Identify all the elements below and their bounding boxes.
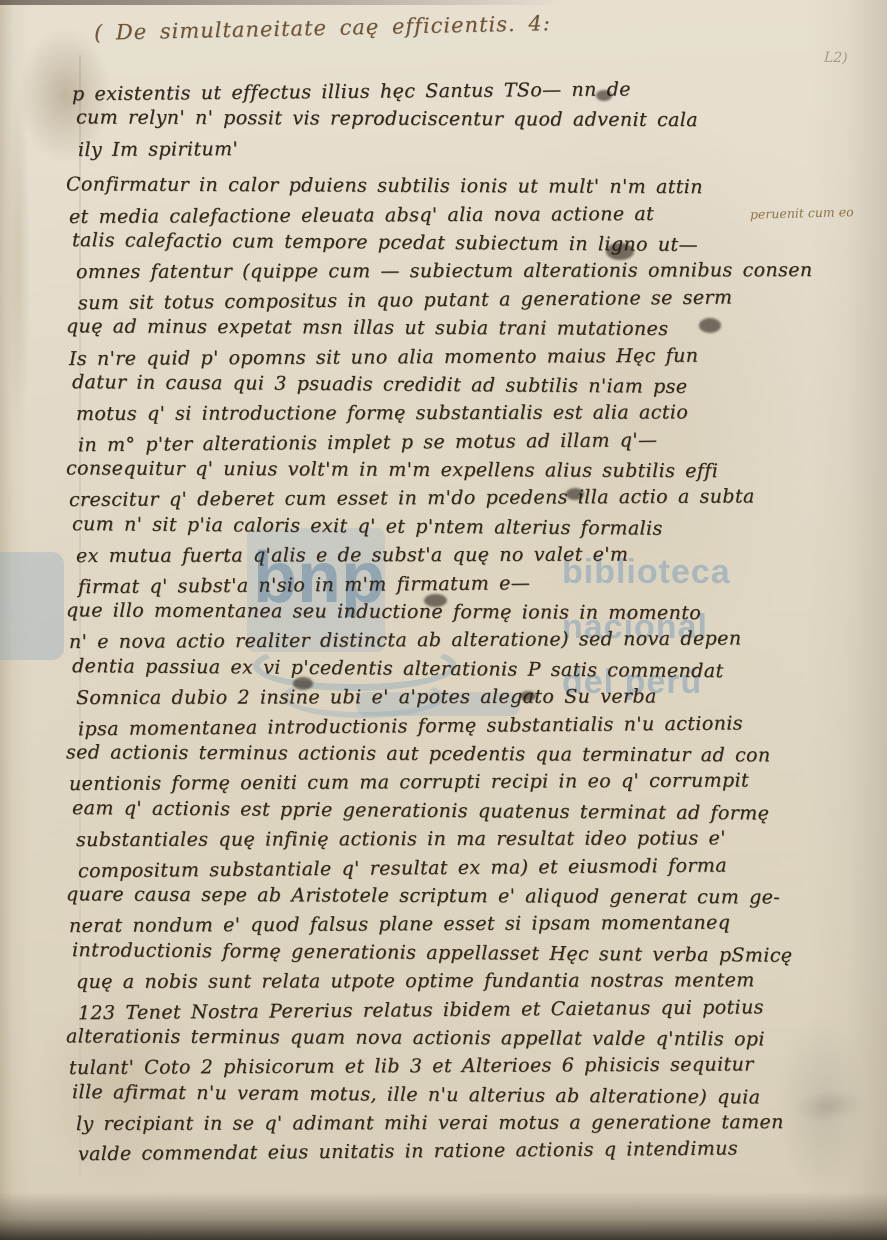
manuscript-line: alterationis terminus quam nova actionis… [66,1025,814,1057]
manuscript-line: quę a nobis sunt relata utpote optime fu… [76,969,824,999]
watermark-left-band [0,552,64,660]
manuscript-line: valde commendat eius unitatis in ratione… [78,1137,826,1172]
manuscript-line: cum relyn' n' possit vis reproduciscentu… [76,107,824,139]
ink-blot [566,488,584,500]
manuscript-line: substantiales quę infinię actionis in ma… [76,827,824,857]
manuscript-line: nerat nondum e' quod falsus plane esset … [69,911,817,943]
manuscript-line: eam q' actionis est pprie generationis q… [72,797,820,831]
manuscript-line: ex mutua fuerta q'alis e de subst'a quę … [76,543,824,573]
manuscript-line: Confirmatur in calor pduiens subtilis io… [66,174,814,206]
manuscript-line: talis calefactio cum tempore pcedat subi… [72,229,820,263]
margin-note: peruenit cum eo [750,203,887,222]
page-edge-shadow-bottom [0,1192,887,1240]
manuscript-line: tulant' Coto 2 phisicorum et lib 3 et Al… [69,1053,817,1085]
manuscript-heading: ( De simultaneitate caę efficientis. 4: [94,11,551,45]
manuscript-line: ille afirmat n'u veram motus, ille n'u a… [72,1081,820,1115]
manuscript-text: p existentis ut effectus illius hęc Sant… [72,80,820,1169]
ink-blot [520,691,536,701]
manuscript-line: ily Im spiritum' [78,135,826,167]
manuscript-line: datur in causa qui 3 psuadis credidit ad… [72,371,820,405]
ink-blot [424,594,447,607]
manuscript-line: motus q' si introductione formę substant… [76,401,824,431]
manuscript-line: consequitur q' unius volt'm in m'm expel… [66,457,814,489]
manuscript-paragraph: p existentis ut effectus illius hęc Sant… [72,80,820,165]
folio-number: L2) [824,50,848,67]
ink-blot [606,243,634,260]
manuscript-line: dentia passiua ex vi p'cedentis alterati… [72,655,820,689]
manuscript-line: quare causa sepe ab Aristotele scriptum … [66,883,814,915]
manuscript-line: uentionis formę oeniti cum ma corrupti r… [69,769,817,801]
ink-blot [699,318,721,333]
page-edge-shadow-top [0,0,565,5]
manuscript-line: cum n' sit p'ia caloris exit q' et p'nte… [72,513,820,547]
manuscript-line: 123 Tenet Nostra Pererius relatus ibidem… [78,995,826,1030]
manuscript-line: Somnica dubio 2 insine ubi e' a'potes al… [76,685,824,715]
manuscript-line: omnes fatentur (quippe cum — subiectum a… [76,259,824,289]
manuscript-line: introductionis formę generationis appell… [72,939,820,973]
manuscript-page: ( De simultaneitate caę efficientis. 4: … [0,0,887,1240]
manuscript-line: sed actionis terminus actionis aut pcede… [66,741,814,773]
ink-blot [293,677,313,690]
ink-blot [596,90,612,101]
